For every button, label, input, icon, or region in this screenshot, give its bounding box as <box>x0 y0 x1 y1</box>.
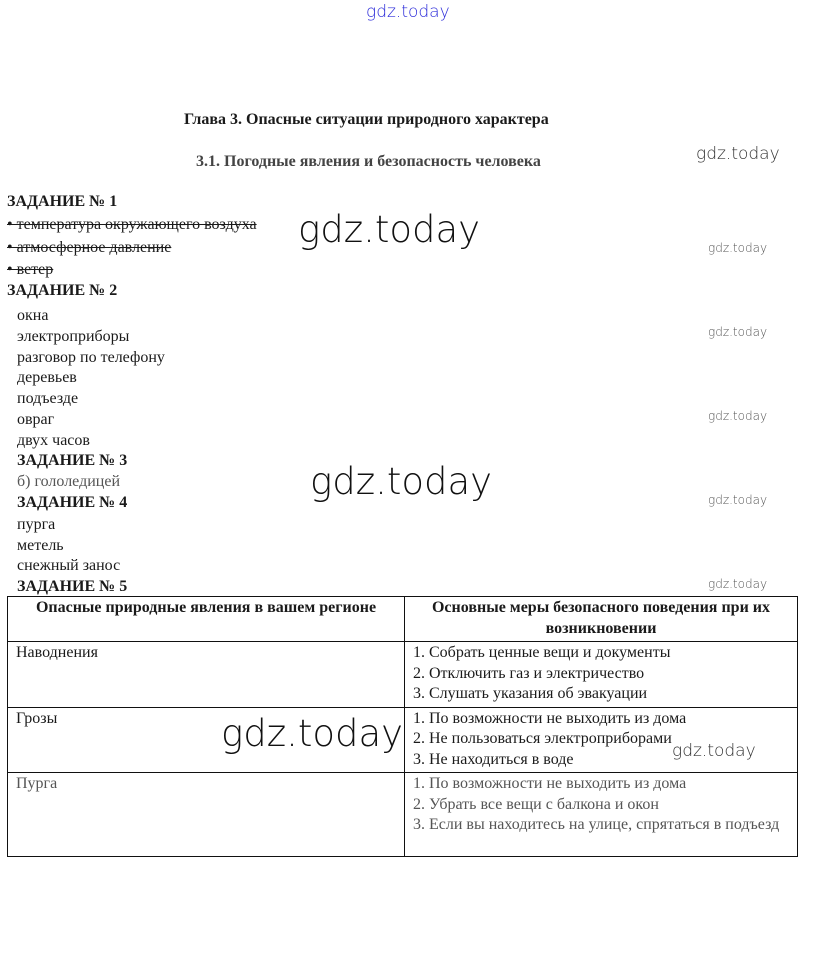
task-2-item: разговор по телефону <box>17 349 165 367</box>
table-row: Пурга 1. По возможности не выходить из д… <box>8 773 798 857</box>
task-2-item: деревьев <box>17 369 77 387</box>
measure-item: 3. Если вы находитесь на улице, спрятать… <box>413 815 789 836</box>
watermark: gdz.today <box>708 325 767 339</box>
measure-item: 1. Собрать ценные вещи и документы <box>413 643 789 664</box>
column-header-measures: Основные меры безопасного поведения при … <box>405 597 798 642</box>
task-4-heading: ЗАДАНИЕ № 4 <box>17 494 127 512</box>
watermark: gdz.today <box>708 241 767 255</box>
phenomenon-cell: Пурга <box>8 773 405 857</box>
table-header-row: Опасные природные явления в вашем регион… <box>8 597 798 642</box>
watermark: gdz.today <box>708 577 767 591</box>
measure-item: 2. Убрать все вещи с балкона и окон <box>413 795 789 816</box>
task-2-item: двух часов <box>17 432 90 450</box>
task-1-item: • ветер <box>7 261 53 279</box>
task-3-heading: ЗАДАНИЕ № 3 <box>17 452 127 470</box>
task-2-item: овраг <box>17 411 54 429</box>
watermark: gdz.today <box>708 409 767 423</box>
section-title: 3.1. Погодные явления и безопасность чел… <box>196 153 541 171</box>
measure-item: 1. По возможности не выходить из дома <box>413 709 789 730</box>
measures-cell: 1. Собрать ценные вещи и документы 2. От… <box>405 642 798 708</box>
task-4-item: снежный занос <box>17 557 120 575</box>
table-row: Наводнения 1. Собрать ценные вещи и доку… <box>8 642 798 708</box>
watermark: gdz.today <box>672 741 756 761</box>
task-2-item: электроприборы <box>17 328 129 346</box>
chapter-title: Глава 3. Опасные ситуации природного хар… <box>184 111 549 129</box>
measure-item: 2. Отключить газ и электричество <box>413 664 789 685</box>
column-header-phenomena: Опасные природные явления в вашем регион… <box>8 597 405 642</box>
measure-item: 3. Слушать указания об эвакуации <box>413 684 789 705</box>
task-4-item: метель <box>17 537 64 555</box>
watermark: gdz.today <box>221 712 403 755</box>
task-5-heading: ЗАДАНИЕ № 5 <box>17 578 127 596</box>
measures-cell: 1. По возможности не выходить из дома 2.… <box>405 707 798 773</box>
task-4-item: пурга <box>17 516 55 534</box>
measures-cell: 1. По возможности не выходить из дома 2.… <box>405 773 798 857</box>
task-3-item: б) гололедицей <box>17 473 120 491</box>
phenomenon-cell: Наводнения <box>8 642 405 708</box>
watermark: gdz.today <box>708 493 767 507</box>
measure-item: 1. По возможности не выходить из дома <box>413 774 789 795</box>
watermark: gdz.today <box>310 460 492 503</box>
task-1-item: • температура окружающего воздуха <box>7 216 257 234</box>
watermark: gdz.today <box>298 208 480 251</box>
watermark-top: gdz.today <box>366 2 450 22</box>
task-1-item: • атмосферное давление <box>7 239 171 257</box>
task-2-item: окна <box>17 307 48 325</box>
watermark: gdz.today <box>696 144 780 164</box>
task-1-heading: ЗАДАНИЕ № 1 <box>7 193 117 211</box>
task-2-item: подъезде <box>17 390 78 408</box>
task-2-heading: ЗАДАНИЕ № 2 <box>7 282 117 300</box>
